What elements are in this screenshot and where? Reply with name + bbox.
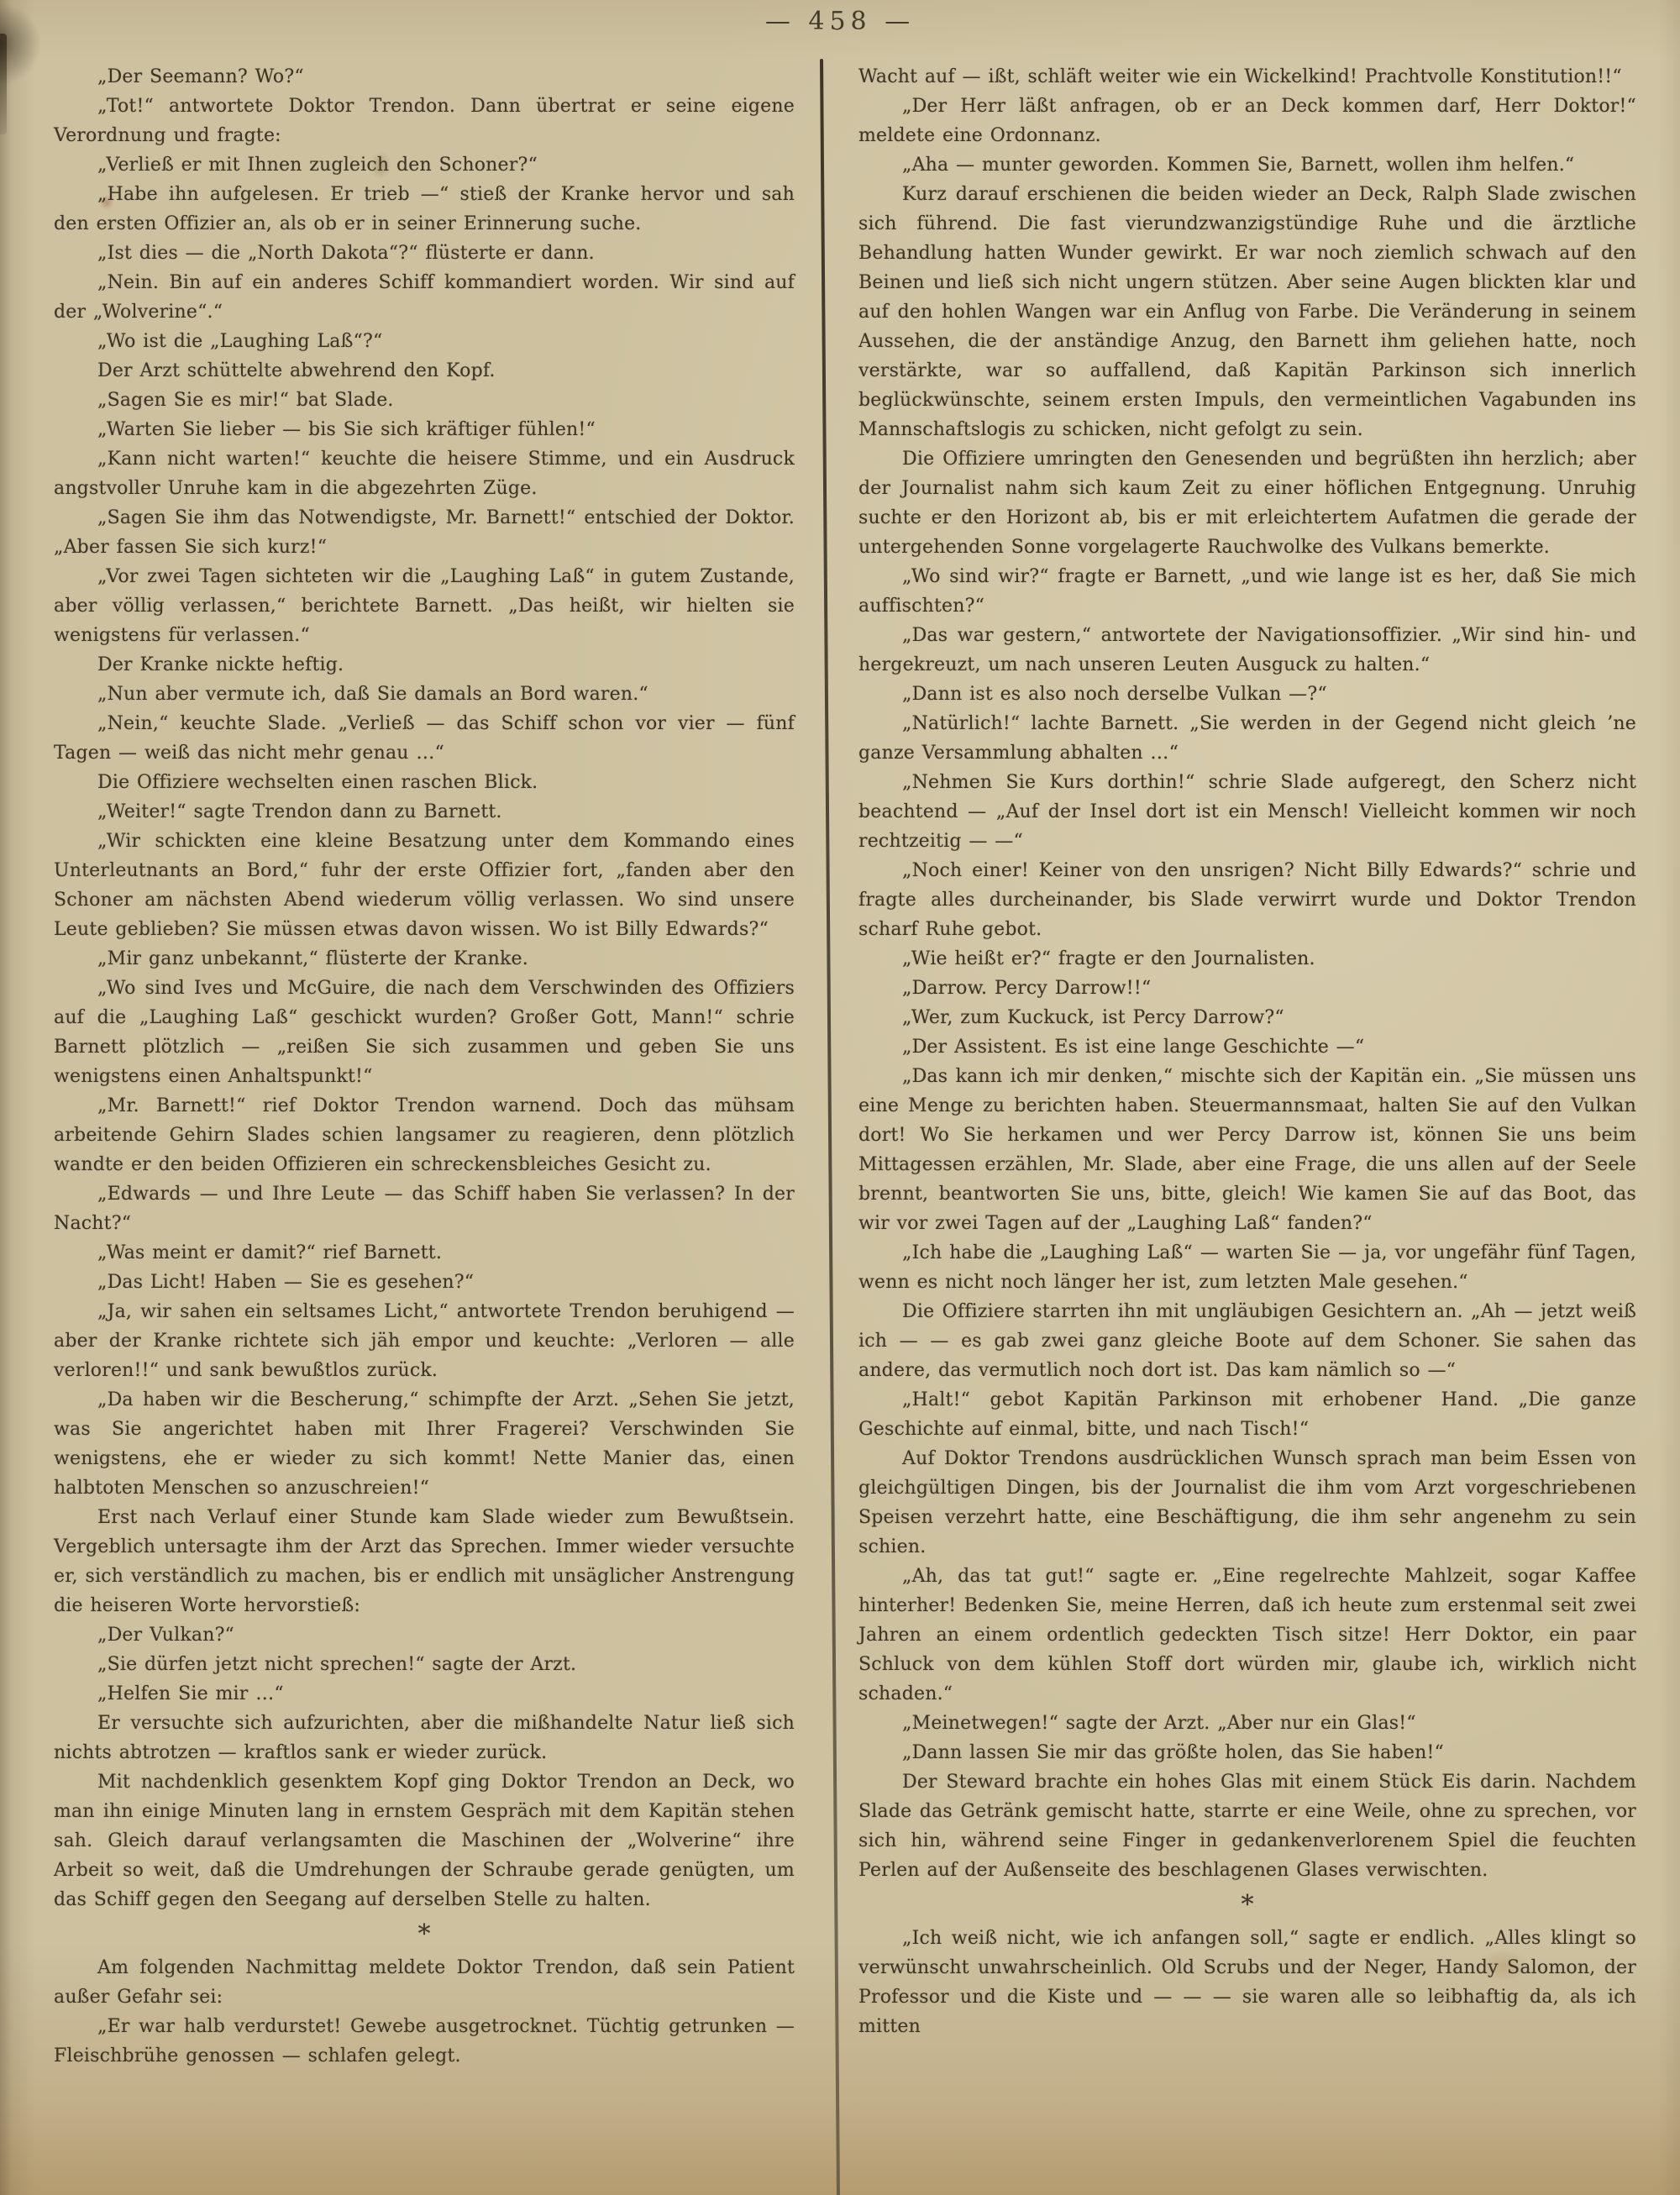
paragraph: „Wie heißt er?“ fragte er den Journalist… [858,944,1636,974]
paragraph: Der Arzt schüttelte abwehrend den Kopf. [54,356,795,386]
section-separator-asterisk: * [54,1919,795,1949]
text-columns: „Der Seemann? Wo?“„Tot!“ antwortete Dokt… [54,62,1636,2195]
paragraph: „Aha — munter geworden. Kommen Sie, Barn… [858,150,1636,180]
paragraph: „Wo sind Ives und McGuire, die nach dem … [54,974,795,1091]
paragraph: „Vor zwei Tagen sichteten wir die „Laugh… [54,562,795,650]
paragraph: Erst nach Verlauf einer Stunde kam Slade… [54,1503,795,1620]
left-column: „Der Seemann? Wo?“„Tot!“ antwortete Dokt… [54,62,795,2195]
paragraph: „Der Vulkan?“ [54,1620,795,1650]
paragraph: „Dann ist es also noch derselbe Vulkan —… [858,680,1636,709]
paragraph: „Das Licht! Haben — Sie es gesehen?“ [54,1268,795,1297]
paragraph: „Sie dürfen jetzt nicht sprechen!“ sagte… [54,1650,795,1679]
page-number: — 458 — [0,7,1680,36]
paragraph: „Verließ er mit Ihnen zugleich den Schon… [54,150,795,180]
paragraph: Am folgenden Nachmittag meldete Doktor T… [54,1953,795,2012]
paragraph: „Nein. Bin auf ein anderes Schiff komman… [54,268,795,327]
paragraph: „Nun aber vermute ich, daß Sie damals an… [54,680,795,709]
paragraph: „Nein,“ keuchte Slade. „Verließ — das Sc… [54,709,795,768]
page-edge-shadow [0,34,7,134]
paragraph: „Natürlich!“ lachte Barnett. „Sie werden… [858,709,1636,768]
paragraph: „Der Assistent. Es ist eine lange Geschi… [858,1032,1636,1062]
paragraph: „Ist dies — die „North Dakota“?“ flüster… [54,239,795,268]
book-page: — 458 — „Der Seemann? Wo?“„Tot!“ antwort… [0,0,1680,2195]
paragraph: Mit nachdenklich gesenktem Kopf ging Dok… [54,1767,795,1914]
paragraph: „Helfen Sie mir …“ [54,1679,795,1709]
paragraph: „Halt!“ gebot Kapitän Parkinson mit erho… [858,1385,1636,1444]
paragraph: „Sagen Sie ihm das Notwendigste, Mr. Bar… [54,503,795,562]
paragraph: „Er war halb verdurstet! Gewebe ausgetro… [54,2012,795,2071]
paragraph: Kurz darauf erschienen die beiden wieder… [858,180,1636,444]
paragraph: Der Steward brachte ein hohes Glas mit e… [858,1767,1636,1885]
paragraph: Auf Doktor Trendons ausdrücklichen Wunsc… [858,1444,1636,1562]
paragraph: „Ja, wir sahen ein seltsames Licht,“ ant… [54,1297,795,1385]
right-column: Wacht auf — ißt, schläft weiter wie ein … [858,62,1636,2195]
section-separator-asterisk: * [858,1890,1636,1919]
paragraph: Die Offiziere umringten den Genesenden u… [858,444,1636,562]
paragraph: „Wo sind wir?“ fragte er Barnett, „und w… [858,562,1636,621]
paragraph: „Der Herr läßt anfragen, ob er an Deck k… [858,92,1636,150]
paragraph: „Ah, das tat gut!“ sagte er. „Eine regel… [858,1562,1636,1709]
paragraph: „Noch einer! Keiner von den unsrigen? Ni… [858,856,1636,944]
paragraph: „Edwards — und Ihre Leute — das Schiff h… [54,1179,795,1238]
paragraph: Er versuchte sich aufzurichten, aber die… [54,1709,795,1767]
paragraph: „Weiter!“ sagte Trendon dann zu Barnett. [54,797,795,827]
paragraph: „Das war gestern,“ antwortete der Naviga… [858,621,1636,680]
paragraph: „Was meint er damit?“ rief Barnett. [54,1238,795,1268]
paragraph: „Meinetwegen!“ sagte der Arzt. „Aber nur… [858,1709,1636,1738]
paragraph: „Dann lassen Sie mir das größte holen, d… [858,1738,1636,1767]
paragraph: „Mir ganz unbekannt,“ flüsterte der Kran… [54,944,795,974]
paragraph: „Wo ist die „Laughing Laß“?“ [54,327,795,356]
paragraph: „Habe ihn aufgelesen. Er trieb —“ stieß … [54,180,795,239]
paragraph: „Das kann ich mir denken,“ mischte sich … [858,1062,1636,1238]
paragraph: „Tot!“ antwortete Doktor Trendon. Dann ü… [54,92,795,150]
paragraph: „Da haben wir die Bescherung,“ schimpfte… [54,1385,795,1503]
paragraph: Die Offiziere wechselten einen raschen B… [54,768,795,797]
paragraph: „Wer, zum Kuckuck, ist Percy Darrow?“ [858,1003,1636,1032]
paragraph: „Nehmen Sie Kurs dorthin!“ schrie Slade … [858,768,1636,856]
paragraph: „Mr. Barnett!“ rief Doktor Trendon warne… [54,1091,795,1179]
column-gap [795,62,858,2195]
paragraph: „Der Seemann? Wo?“ [54,62,795,92]
paragraph: „Wir schickten eine kleine Besatzung unt… [54,827,795,944]
paragraph: „Ich weiß nicht, wie ich anfangen soll,“… [858,1924,1636,2041]
paragraph: „Sagen Sie es mir!“ bat Slade. [54,386,795,415]
paragraph: „Darrow. Percy Darrow!!“ [858,974,1636,1003]
paragraph: Der Kranke nickte heftig. [54,650,795,680]
paragraph: „Kann nicht warten!“ keuchte die heisere… [54,444,795,503]
paragraph: „Ich habe die „Laughing Laß“ — warten Si… [858,1238,1636,1297]
paragraph: Die Offiziere starrten ihn mit ungläubig… [858,1297,1636,1385]
paragraph: „Warten Sie lieber — bis Sie sich kräfti… [54,415,795,444]
paragraph: Wacht auf — ißt, schläft weiter wie ein … [858,62,1636,92]
